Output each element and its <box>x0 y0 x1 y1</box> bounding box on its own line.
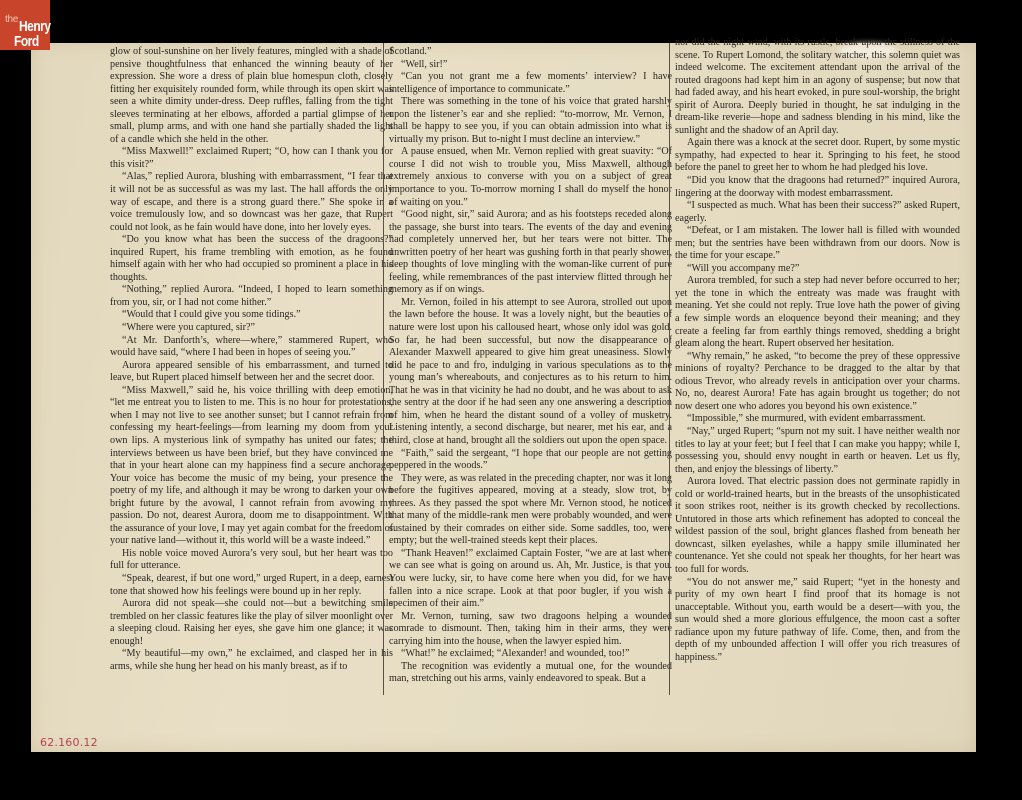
column-rule <box>669 43 670 695</box>
text-column-3: nor did the night-wind, with its rustle,… <box>675 37 960 692</box>
paragraph: “Well, sir!” <box>389 59 672 72</box>
paragraph: Aurora trembled, for such a step had nev… <box>675 275 960 350</box>
accession-number: 62.160.12 <box>40 736 98 749</box>
paragraph: The recognition was evidently a mutual o… <box>389 661 672 686</box>
paragraph: “Did you know that the dragoons had retu… <box>675 175 960 200</box>
paragraph: “Would that I could give you some tiding… <box>110 309 393 322</box>
paragraph: Mr. Vernon, turning, saw two dragoons he… <box>389 611 672 649</box>
paragraph: “Alas,” replied Aurora, blushing with em… <box>110 171 393 234</box>
paragraph: Aurora did not speak—she could not—but a… <box>110 598 393 648</box>
paragraph: “Faith,” said the sergeant, “I hope that… <box>389 448 672 473</box>
paragraph: Scotland.” <box>389 46 672 59</box>
henry-ford-logo: the Henry Ford <box>0 0 50 50</box>
paragraph: “You do not answer me,” said Rupert; “ye… <box>675 577 960 665</box>
paragraph: “Nay,” urged Rupert; “spurn not my suit.… <box>675 426 960 476</box>
paragraph: “Impossible,” she murmured, with evident… <box>675 413 960 426</box>
paragraph: “Miss Maxwell!” exclaimed Rupert; “O, ho… <box>110 146 393 171</box>
text-column-2: Scotland.”“Well, sir!”“Can you not grant… <box>389 46 672 701</box>
paragraph: “What!” he exclaimed; “Alexander! and wo… <box>389 648 672 661</box>
logo-the: the <box>5 14 18 25</box>
paragraph: “Where were you captured, sir?” <box>110 322 393 335</box>
paragraph: “At Mr. Danforth’s, where—where,” stamme… <box>110 335 393 360</box>
column-rule <box>383 43 384 695</box>
paragraph: “My beautiful—my own,” he exclaimed, and… <box>110 648 393 673</box>
newspaper-page: glow of soul-sunshine on her lively feat… <box>31 43 976 752</box>
paragraph: “Can you not grant me a few moments’ int… <box>389 71 672 96</box>
paragraph: nor did the night-wind, with its rustle,… <box>675 37 960 137</box>
paragraph: “Nothing,” replied Aurora. “Indeed, I ho… <box>110 284 393 309</box>
text-column-1: glow of soul-sunshine on her lively feat… <box>110 46 393 701</box>
paragraph: There was something in the tone of his v… <box>389 96 672 146</box>
paragraph: “Defeat, or I am mistaken. The lower hal… <box>675 225 960 263</box>
paragraph: “Miss Maxwell,” said he, his voice thril… <box>110 385 393 548</box>
paragraph: A pause ensued, when Mr. Vernon replied … <box>389 146 672 209</box>
paragraph: Aurora loved. That electric passion does… <box>675 476 960 576</box>
paragraph: “Speak, dearest, if but one word,” urged… <box>110 573 393 598</box>
paragraph: Mr. Vernon, foiled in his attempt to see… <box>389 297 672 448</box>
paragraph: “Will you accompany me?” <box>675 263 960 276</box>
logo-ford: Ford <box>14 33 39 50</box>
paragraph: “Thank Heaven!” exclaimed Captain Foster… <box>389 548 672 611</box>
paragraph: Aurora appeared sensible of his embarras… <box>110 360 393 385</box>
paragraph: “Do you know what has been the success o… <box>110 234 393 284</box>
paragraph: “Why remain,” he asked, “to become the p… <box>675 351 960 414</box>
paragraph: glow of soul-sunshine on her lively feat… <box>110 46 393 146</box>
paragraph: “Good night, sir,” said Aurora; and as h… <box>389 209 672 297</box>
paragraph: Again there was a knock at the secret do… <box>675 137 960 175</box>
paragraph: His noble voice moved Aurora’s very soul… <box>110 548 393 573</box>
paragraph: “I suspected as much. What has been thei… <box>675 200 960 225</box>
paragraph: They were, as was related in the precedi… <box>389 473 672 548</box>
